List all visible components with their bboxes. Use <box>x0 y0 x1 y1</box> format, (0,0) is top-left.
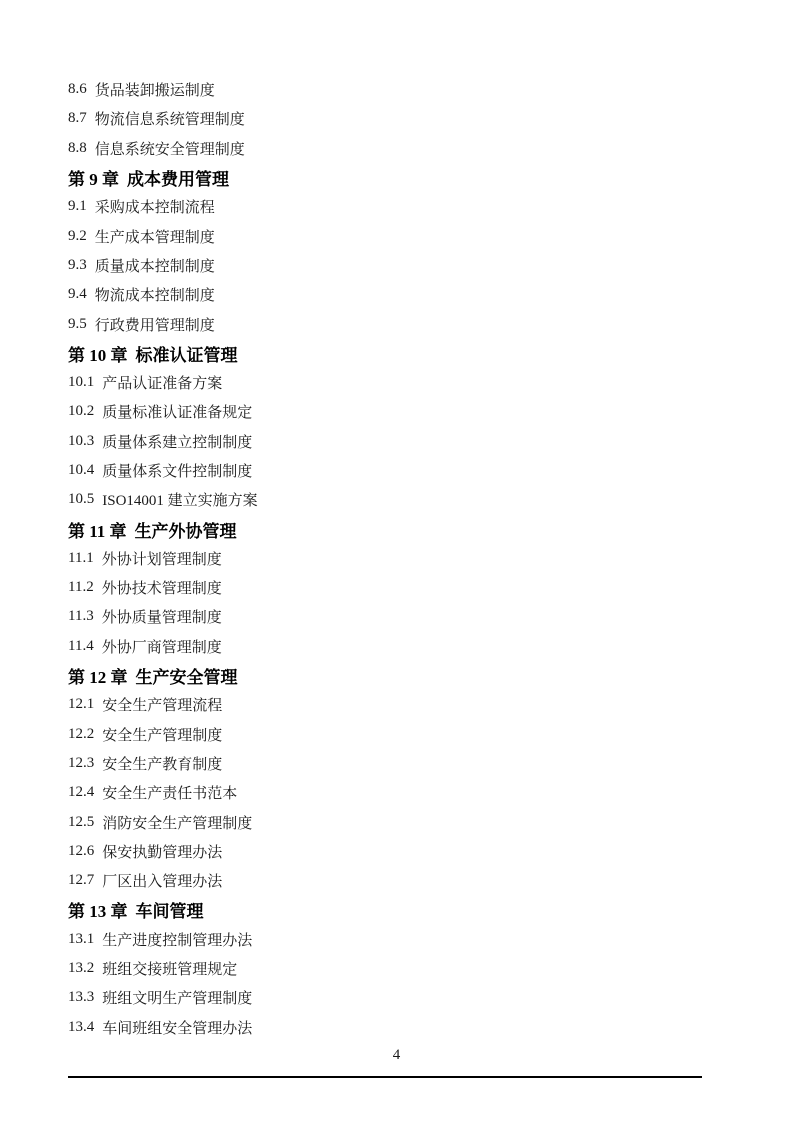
chapter-heading: 第 10 章标准认证管理 <box>68 339 753 368</box>
toc-entry: 12.6保安执勤管理办法 <box>68 837 753 866</box>
entry-title: 班组文明生产管理制度 <box>102 987 252 1008</box>
toc-entry: 9.4物流成本控制制度 <box>68 280 753 309</box>
entry-number: 12.1 <box>68 696 94 713</box>
chapter-title: 成本费用管理 <box>127 165 229 190</box>
entry-number: 11.3 <box>68 608 94 625</box>
toc-entry: 13.2班组交接班管理规定 <box>68 954 753 983</box>
entry-number: 11.1 <box>68 550 94 567</box>
toc-entry: 10.1产品认证准备方案 <box>68 368 753 397</box>
chapter-title: 生产安全管理 <box>136 663 238 688</box>
entry-number: 13.1 <box>68 931 94 948</box>
document-page: 8.6货品装卸搬运制度8.7物流信息系统管理制度8.8信息系统安全管理制度第 9… <box>0 0 793 1122</box>
toc-entry: 8.8信息系统安全管理制度 <box>68 134 753 163</box>
toc-entry: 11.4外协厂商管理制度 <box>68 632 753 661</box>
entry-title: 物流信息系统管理制度 <box>95 108 245 129</box>
chapter-heading: 第 12 章生产安全管理 <box>68 661 753 690</box>
toc-entry: 12.4安全生产责任书范本 <box>68 778 753 807</box>
entry-title: 外协计划管理制度 <box>102 548 222 569</box>
entry-number: 12.2 <box>68 726 94 743</box>
entry-title: ISO14001 建立实施方案 <box>102 489 257 510</box>
entry-number: 8.8 <box>68 140 87 157</box>
entry-number: 9.1 <box>68 198 87 215</box>
entry-title: 质量成本控制制度 <box>95 255 215 276</box>
entry-number: 10.3 <box>68 433 94 450</box>
toc-entry: 12.3安全生产教育制度 <box>68 749 753 778</box>
chapter-title: 车间管理 <box>136 897 204 922</box>
entry-title: 采购成本控制流程 <box>95 196 215 217</box>
toc-entry: 10.3质量体系建立控制制度 <box>68 427 753 456</box>
toc-entry: 10.5ISO14001 建立实施方案 <box>68 485 753 514</box>
entry-title: 质量体系文件控制制度 <box>102 460 252 481</box>
chapter-heading: 第 13 章车间管理 <box>68 895 753 924</box>
entry-title: 外协技术管理制度 <box>102 577 222 598</box>
entry-number: 13.2 <box>68 960 94 977</box>
entry-number: 12.5 <box>68 814 94 831</box>
toc-entry: 11.2外协技术管理制度 <box>68 573 753 602</box>
entry-title: 产品认证准备方案 <box>102 372 222 393</box>
toc-entry: 11.1外协计划管理制度 <box>68 544 753 573</box>
entry-number: 10.5 <box>68 491 94 508</box>
entry-number: 12.4 <box>68 784 94 801</box>
entry-title: 信息系统安全管理制度 <box>95 138 245 159</box>
entry-number: 13.3 <box>68 989 94 1006</box>
entry-title: 物流成本控制制度 <box>95 284 215 305</box>
toc-entry: 13.4车间班组安全管理办法 <box>68 1013 753 1042</box>
toc-entry: 12.7厂区出入管理办法 <box>68 866 753 895</box>
toc-entry: 12.1安全生产管理流程 <box>68 690 753 719</box>
entry-number: 11.2 <box>68 579 94 596</box>
chapter-number: 第 13 章 <box>68 897 128 922</box>
entry-number: 10.4 <box>68 462 94 479</box>
toc-entry: 11.3外协质量管理制度 <box>68 602 753 631</box>
entry-title: 质量标准认证准备规定 <box>102 401 252 422</box>
entry-title: 生产进度控制管理办法 <box>102 929 252 950</box>
toc-entry: 12.2安全生产管理制度 <box>68 720 753 749</box>
entry-title: 厂区出入管理办法 <box>102 870 222 891</box>
entry-number: 9.5 <box>68 316 87 333</box>
entry-title: 质量体系建立控制制度 <box>102 431 252 452</box>
chapter-heading: 第 11 章生产外协管理 <box>68 514 753 543</box>
entry-title: 安全生产管理制度 <box>102 724 222 745</box>
toc-entry: 10.2质量标准认证准备规定 <box>68 397 753 426</box>
entry-number: 10.2 <box>68 403 94 420</box>
entry-number: 8.6 <box>68 81 87 98</box>
toc-entry: 13.1生产进度控制管理办法 <box>68 925 753 954</box>
entry-title: 消防安全生产管理制度 <box>102 812 252 833</box>
entry-number: 13.4 <box>68 1019 94 1036</box>
toc-entry: 8.6货品装卸搬运制度 <box>68 75 753 104</box>
entry-number: 9.4 <box>68 286 87 303</box>
toc-entry: 13.3班组文明生产管理制度 <box>68 983 753 1012</box>
toc-entry: 9.1采购成本控制流程 <box>68 192 753 221</box>
toc-list: 8.6货品装卸搬运制度8.7物流信息系统管理制度8.8信息系统安全管理制度第 9… <box>68 75 753 1042</box>
toc-entry: 9.5行政费用管理制度 <box>68 309 753 338</box>
entry-title: 生产成本管理制度 <box>95 226 215 247</box>
entry-number: 12.7 <box>68 872 94 889</box>
chapter-title: 生产外协管理 <box>135 517 237 542</box>
chapter-number: 第 11 章 <box>68 517 127 542</box>
entry-number: 8.7 <box>68 110 87 127</box>
entry-number: 11.4 <box>68 638 94 655</box>
toc-entry: 9.3质量成本控制制度 <box>68 251 753 280</box>
entry-title: 安全生产管理流程 <box>102 694 222 715</box>
entry-number: 10.1 <box>68 374 94 391</box>
entry-title: 外协厂商管理制度 <box>102 636 222 657</box>
entry-title: 外协质量管理制度 <box>102 606 222 627</box>
entry-number: 12.6 <box>68 843 94 860</box>
chapter-number: 第 9 章 <box>68 165 119 190</box>
entry-title: 保安执勤管理办法 <box>102 841 222 862</box>
chapter-number: 第 12 章 <box>68 663 128 688</box>
entry-number: 9.2 <box>68 228 87 245</box>
entry-title: 班组交接班管理规定 <box>102 958 237 979</box>
chapter-title: 标准认证管理 <box>136 341 238 366</box>
entry-title: 安全生产教育制度 <box>102 753 222 774</box>
entry-number: 12.3 <box>68 755 94 772</box>
entry-title: 安全生产责任书范本 <box>102 782 237 803</box>
toc-entry: 12.5消防安全生产管理制度 <box>68 807 753 836</box>
toc-entry: 9.2生产成本管理制度 <box>68 221 753 250</box>
chapter-heading: 第 9 章成本费用管理 <box>68 163 753 192</box>
entry-title: 行政费用管理制度 <box>95 314 215 335</box>
entry-title: 货品装卸搬运制度 <box>95 79 215 100</box>
footer-divider-line <box>68 1076 702 1078</box>
toc-entry: 8.7物流信息系统管理制度 <box>68 104 753 133</box>
entry-number: 9.3 <box>68 257 87 274</box>
chapter-number: 第 10 章 <box>68 341 128 366</box>
entry-title: 车间班组安全管理办法 <box>102 1017 252 1038</box>
page-number: 4 <box>0 1047 793 1063</box>
toc-entry: 10.4质量体系文件控制制度 <box>68 456 753 485</box>
